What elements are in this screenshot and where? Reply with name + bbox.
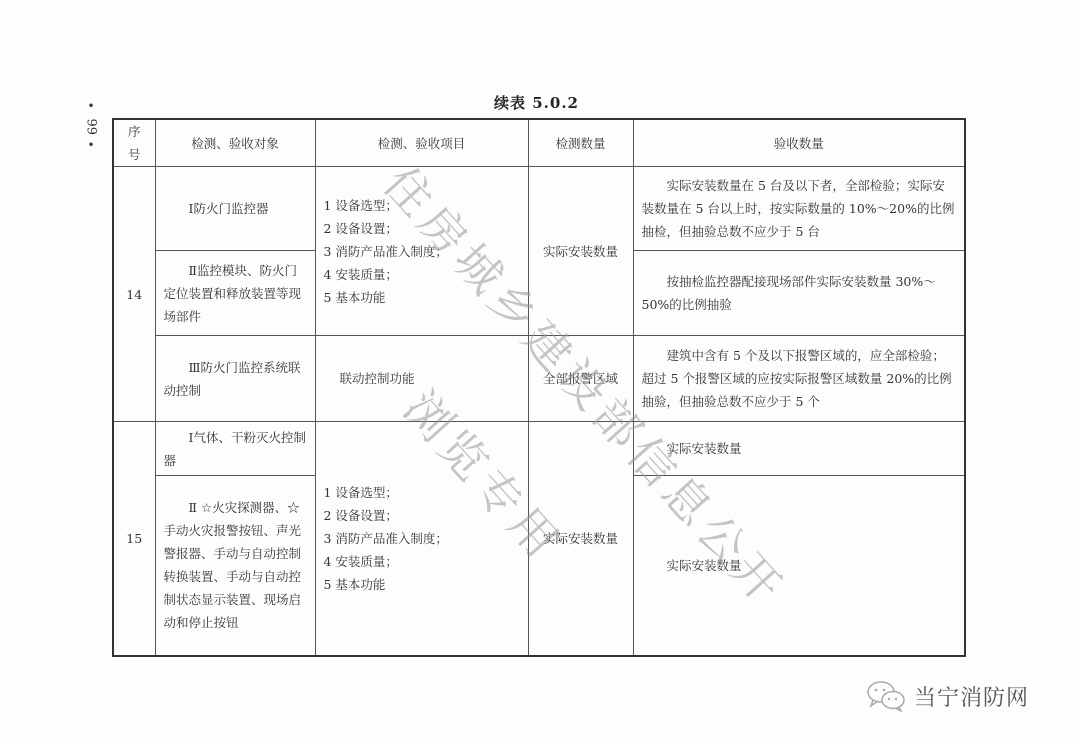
item-line: 3 消防产品准入制度； (324, 240, 520, 263)
inspection-table: 序号 检测、验收对象 检测、验收项目 检测数量 验收数量 14 Ⅰ防火门监控器 … (112, 118, 966, 657)
acceptance-cell: 按抽检监控器配接现场部件实际安装数量 30%～50%的比例抽验 (633, 251, 965, 336)
item-line: 5 基本功能 (324, 573, 520, 596)
brand-name: 当宁消防网 (914, 681, 1029, 712)
item-line: 4 安装质量； (324, 550, 520, 573)
object-cell: Ⅰ防火门监控器 (155, 167, 315, 251)
page-number-value: 99 (84, 119, 99, 133)
brand-badge: 当宁消防网 (866, 680, 1029, 712)
item-cell: 联动控制功能 (315, 336, 528, 422)
object-cell: Ⅲ防火门监控系统联动控制 (155, 336, 315, 422)
table-row: 15 Ⅰ气体、干粉灭火控制器 1 设备选型； 2 设备设置； 3 消防产品准入制… (113, 422, 965, 476)
table-row: 14 Ⅰ防火门监控器 1 设备选型； 2 设备设置； 3 消防产品准入制度； 4… (113, 167, 965, 251)
header-item: 检测、验收项目 (315, 119, 528, 167)
items-cell: 1 设备选型； 2 设备设置； 3 消防产品准入制度； 4 安装质量； 5 基本… (315, 167, 528, 336)
acceptance-cell: 建筑中含有 5 个及以下报警区域的，应全部检验；超过 5 个报警区域的应按实际报… (633, 336, 965, 422)
acceptance-cell: 实际安装数量 (633, 476, 965, 656)
seq-cell: 15 (113, 422, 155, 656)
acceptance-cell: 实际安装数量 (633, 422, 965, 476)
page-dot-top: • (84, 100, 98, 112)
item-line: 1 设备选型； (324, 194, 520, 217)
object-cell: Ⅰ气体、干粉灭火控制器 (155, 422, 315, 476)
header-object: 检测、验收对象 (155, 119, 315, 167)
item-line: 2 设备设置； (324, 504, 520, 527)
table-caption: 续表 5.0.2 (494, 92, 579, 113)
page-dot-bottom: • (84, 139, 98, 151)
object-cell: Ⅱ监控模块、防火门定位装置和释放装置等现场部件 (155, 251, 315, 336)
wechat-icon (866, 680, 906, 712)
quantity-cell: 实际安装数量 (528, 422, 633, 656)
item-line: 3 消防产品准入制度； (324, 527, 520, 550)
page-number: • 99 • (84, 100, 98, 151)
quantity-cell: 实际安装数量 (528, 167, 633, 336)
table-row: Ⅲ防火门监控系统联动控制 联动控制功能 全部报警区域 建筑中含有 5 个及以下报… (113, 336, 965, 422)
items-cell: 1 设备选型； 2 设备设置； 3 消防产品准入制度； 4 安装质量； 5 基本… (315, 422, 528, 656)
item-line: 5 基本功能 (324, 286, 520, 309)
object-cell: Ⅱ ☆火灾探测器、☆手动火灾报警按钮、声光警报器、手动与自动控制转换装置、手动与… (155, 476, 315, 656)
quantity-cell: 全部报警区域 (528, 336, 633, 422)
table-header-row: 序号 检测、验收对象 检测、验收项目 检测数量 验收数量 (113, 119, 965, 167)
header-acceptance: 验收数量 (633, 119, 965, 167)
item-line: 1 设备选型； (324, 481, 520, 504)
acceptance-cell: 实际安装数量在 5 台及以下者，全部检验；实际安装数量在 5 台以上时，按实际数… (633, 167, 965, 251)
item-line: 4 安装质量； (324, 263, 520, 286)
header-seq: 序号 (113, 119, 155, 167)
header-quantity: 检测数量 (528, 119, 633, 167)
seq-cell: 14 (113, 167, 155, 422)
item-line: 2 设备设置； (324, 217, 520, 240)
